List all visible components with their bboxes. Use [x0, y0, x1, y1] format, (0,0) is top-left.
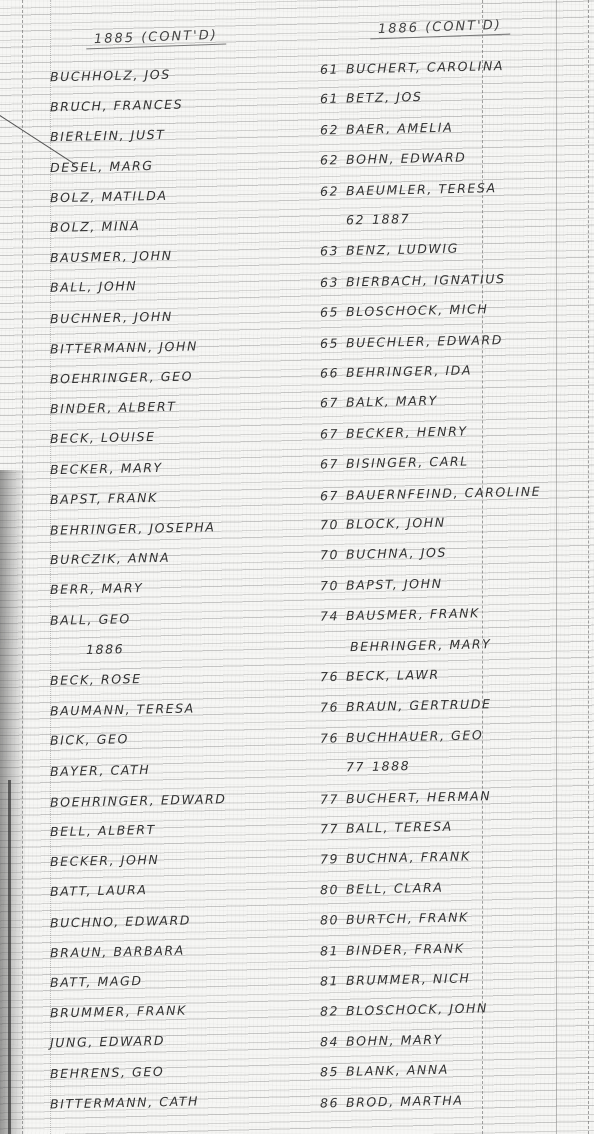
entry-name: BLOSCHOCK, JOHN — [346, 1001, 488, 1019]
entry-name: BUCHNO, EDWARD — [50, 912, 191, 930]
ledger-entry: 76BECK, LAWR — [320, 667, 440, 685]
entry-name: BEHRINGER, IDA — [346, 362, 472, 380]
entry-number: 76 — [320, 669, 346, 685]
entry-number: 81 — [320, 973, 346, 989]
entry-name: BOEHRINGER, GEO — [50, 369, 193, 387]
ledger-entry: BRUCH, FRANCES — [50, 97, 184, 115]
entry-number: 76 — [320, 730, 346, 746]
year-label: 1888 — [372, 758, 411, 774]
ledger-entry: BEHRENS, GEO — [50, 1063, 165, 1080]
ledger-entry: BECKER, MARY — [50, 459, 163, 476]
ledger-entry: 77BUCHERT, HERMAN — [320, 788, 491, 807]
left-column-header: 1885 (CONT'D) — [86, 28, 226, 50]
ledger-entry: BECKER, JOHN — [50, 852, 160, 869]
ledger-entry: 76BUCHHAUER, GEO — [320, 727, 484, 745]
ruled-column-line — [588, 0, 590, 1134]
entry-number: 65 — [320, 304, 346, 320]
entry-name: JUNG, EDWARD — [50, 1033, 165, 1050]
entry-number: 61 — [320, 91, 346, 107]
year-label: 1887 — [372, 211, 411, 227]
ledger-entry: BUCHNER, JOHN — [50, 308, 173, 326]
entry-number: 65 — [320, 335, 346, 351]
entry-name: BIERLEIN, JUST — [50, 127, 166, 144]
entry-number: 81 — [320, 943, 346, 959]
entry-name: BAUSMER, JOHN — [50, 248, 173, 266]
ledger-entry: 76BRAUN, GERTRUDE — [320, 697, 492, 716]
right-column-header: 1886 (CONT'D) — [370, 18, 510, 40]
entry-name: BUCHERT, HERMAN — [346, 788, 492, 806]
ledger-entry: BAPST, FRANK — [50, 490, 158, 507]
ledger-entry: 62BOHN, EDWARD — [320, 150, 467, 168]
ledger-entry: 74BAUSMER, FRANK — [320, 606, 480, 624]
entry-name: BALL, TERESA — [346, 819, 453, 836]
entry-name: BERR, MARY — [50, 580, 144, 597]
ledger-entry: 70BAPST, JOHN — [320, 576, 443, 594]
entry-number: 70 — [320, 578, 346, 594]
entry-name: BATT, MAGD — [50, 973, 143, 990]
entry-name: BOHN, EDWARD — [346, 150, 467, 168]
entry-name: BAPST, JOHN — [346, 576, 443, 593]
ledger-entry: 70BUCHNA, JOS — [320, 545, 447, 563]
ledger-entry: BOLZ, MINA — [50, 218, 141, 235]
entry-name: BETZ, JOS — [346, 89, 423, 106]
entry-name: BICK, GEO — [50, 732, 129, 749]
entry-name: BENZ, LUDWIG — [346, 241, 459, 258]
entry-name: BRUMMER, NICH — [346, 970, 471, 988]
ledger-entry: BEHRINGER, JOSEPHA — [50, 519, 216, 537]
entry-number: 70 — [320, 517, 346, 533]
entry-number: 62 — [346, 212, 372, 228]
entry-name: BAEUMLER, TERESA — [346, 180, 497, 198]
entry-name: BISINGER, CARL — [346, 454, 469, 472]
entry-number: 82 — [320, 1004, 346, 1020]
entry-name: BRAUN, BARBARA — [50, 942, 185, 960]
ledger-entry: 79BUCHNA, FRANK — [320, 849, 471, 867]
entry-name: BUCHHAUER, GEO — [346, 727, 484, 745]
ledger-entry: 70BLOCK, JOHN — [320, 515, 446, 533]
entry-name: BRUMMER, FRANK — [50, 1003, 187, 1021]
entry-name: BATT, LAURA — [50, 882, 148, 899]
ledger-entry: 81BRUMMER, NICH — [320, 970, 471, 988]
ledger-entry: BINDER, ALBERT — [50, 399, 177, 417]
entry-number: 85 — [320, 1064, 346, 1080]
entry-name: BALL, JOHN — [50, 278, 138, 295]
entry-name: BUCHNA, FRANK — [346, 849, 471, 867]
entry-number: 80 — [320, 882, 346, 898]
entry-name: BOLZ, MINA — [50, 218, 141, 235]
entry-name: BUCHNER, JOHN — [50, 308, 173, 326]
entry-name: BOLZ, MATILDA — [50, 188, 168, 205]
entry-name: BELL, CLARA — [346, 880, 444, 897]
ledger-entry: 67BAUERNFEIND, CAROLINE — [320, 483, 541, 503]
entry-name: BELL, ALBERT — [50, 822, 156, 839]
entry-name: BECKER, JOHN — [50, 852, 160, 869]
entry-name: BAUMANN, TERESA — [50, 701, 195, 719]
entry-name: BLANK, ANNA — [346, 1062, 449, 1079]
entry-name: BLOCK, JOHN — [346, 515, 446, 532]
ledger-entry: BECK, ROSE — [50, 671, 142, 688]
entry-number: 67 — [320, 395, 346, 411]
ledger-entry: BATT, MAGD — [50, 973, 143, 990]
entry-name: BEHRINGER, MARY — [350, 636, 492, 654]
ledger-page: 1885 (CONT'D) 1886 (CONT'D) BUCHHOLZ, JO… — [0, 0, 594, 1134]
entry-number: 76 — [320, 700, 346, 716]
entry-number: 66 — [320, 365, 346, 381]
entry-name: BOEHRINGER, EDWARD — [50, 791, 227, 810]
year-label: 1886 — [86, 641, 125, 657]
year-marker: 621887 — [320, 211, 411, 228]
ledger-entry: 82BLOSCHOCK, JOHN — [320, 1001, 488, 1020]
ruled-column-line — [556, 0, 558, 1134]
entry-number: 67 — [320, 456, 346, 472]
ledger-entry: BUCHNO, EDWARD — [50, 912, 191, 930]
entry-name: BITTERMANN, JOHN — [50, 338, 198, 356]
entry-name: BECKER, HENRY — [346, 423, 468, 441]
ledger-entry: 61BETZ, JOS — [320, 89, 423, 106]
entry-number: 62 — [320, 152, 346, 168]
entry-name: BUECHLER, EDWARD — [346, 332, 503, 350]
ledger-entry: 86BROD, MARTHA — [320, 1092, 464, 1110]
entry-name: BEHRINGER, JOSEPHA — [50, 519, 216, 537]
entry-name: BAUERNFEIND, CAROLINE — [346, 483, 541, 502]
entry-number: 63 — [320, 274, 346, 290]
ledger-entry: BAYER, CATH — [50, 762, 151, 779]
entry-name: BROD, MARTHA — [346, 1092, 464, 1109]
entry-number: 84 — [320, 1034, 346, 1050]
entry-name: BINDER, FRANK — [346, 940, 465, 957]
entry-name: BUCHHOLZ, JOS — [50, 67, 171, 85]
entry-number: 63 — [320, 243, 346, 259]
ledger-entry: BUCHHOLZ, JOS — [50, 67, 171, 85]
entry-number: 77 — [320, 821, 346, 837]
ledger-entry: BIERLEIN, JUST — [50, 127, 166, 144]
entry-name: BECK, LOUISE — [50, 429, 156, 446]
entry-name: BALL, GEO — [50, 611, 131, 628]
entry-number: 62 — [320, 183, 346, 199]
ledger-entry: 65BLOSCHOCK, MICH — [320, 301, 489, 320]
year-marker: 1886 — [50, 641, 125, 658]
ledger-entry: BATT, LAURA — [50, 882, 148, 899]
entry-name: BURCZIK, ANNA — [50, 550, 170, 568]
entry-name: BAER, AMELIA — [346, 119, 454, 136]
ledger-entry: BEHRINGER, MARY — [320, 636, 492, 655]
ledger-entry: 80BURTCH, FRANK — [320, 910, 469, 928]
entry-name: BUCHERT, CAROLINA — [346, 58, 504, 76]
ledger-entry: 66BEHRINGER, IDA — [320, 362, 472, 380]
ledger-entry: 84BOHN, MARY — [320, 1032, 443, 1050]
entry-number: 79 — [320, 851, 346, 867]
ledger-entry: 67BISINGER, CARL — [320, 454, 469, 472]
entry-name: BAYER, CATH — [50, 762, 151, 779]
entry-name: BECKER, MARY — [50, 459, 163, 476]
entry-name: DESEL, MARG — [50, 158, 154, 175]
ledger-entry: BALL, GEO — [50, 611, 131, 628]
ledger-entry: 67BECKER, HENRY — [320, 423, 468, 441]
ledger-entry: 81BINDER, FRANK — [320, 940, 465, 958]
ledger-entry: 77BALL, TERESA — [320, 819, 453, 837]
entry-name: BECK, ROSE — [50, 671, 142, 688]
entry-name: BRAUN, GERTRUDE — [346, 697, 492, 715]
ledger-entry: BAUSMER, JOHN — [50, 248, 173, 266]
page-binding-edge — [8, 780, 11, 1134]
ledger-entry: BOLZ, MATILDA — [50, 188, 168, 205]
entry-number: 62 — [320, 122, 346, 138]
entry-number: 77 — [320, 791, 346, 807]
entry-number: 86 — [320, 1095, 346, 1111]
entry-number: 74 — [320, 608, 346, 624]
ledger-entry: BERR, MARY — [50, 580, 144, 597]
entry-name: BOHN, MARY — [346, 1032, 443, 1049]
entry-name: BAUSMER, FRANK — [346, 606, 480, 624]
year-marker: 771888 — [320, 758, 411, 775]
ledger-entry: BOEHRINGER, EDWARD — [50, 791, 227, 810]
entry-number: 80 — [320, 912, 346, 928]
ledger-entry: 62BAER, AMELIA — [320, 119, 454, 137]
ledger-entry: BALL, JOHN — [50, 278, 138, 295]
ledger-entry: JUNG, EDWARD — [50, 1033, 165, 1050]
entry-number: 70 — [320, 547, 346, 563]
entry-name: BEHRENS, GEO — [50, 1063, 165, 1080]
ledger-entry: BAUMANN, TERESA — [50, 701, 195, 719]
ledger-entry: BICK, GEO — [50, 732, 129, 749]
ledger-entry: 62BAEUMLER, TERESA — [320, 180, 497, 199]
entry-name: BRUCH, FRANCES — [50, 97, 184, 115]
ruled-column-line — [482, 0, 484, 1134]
ledger-entry: BURCZIK, ANNA — [50, 550, 170, 568]
ledger-entry: DESEL, MARG — [50, 158, 154, 175]
entry-name: BINDER, ALBERT — [50, 399, 177, 417]
ledger-entry: 67BALK, MARY — [320, 393, 438, 410]
entry-number: 77 — [346, 759, 372, 775]
ledger-entry: BOEHRINGER, GEO — [50, 369, 193, 387]
ledger-entry: BECK, LOUISE — [50, 429, 156, 446]
ledger-entry: 65BUECHLER, EDWARD — [320, 332, 503, 351]
entry-name: BIERBACH, IGNATIUS — [346, 271, 506, 289]
entry-number: 67 — [320, 426, 346, 442]
entry-number: 61 — [320, 61, 346, 77]
ledger-entry: 85BLANK, ANNA — [320, 1062, 449, 1080]
ledger-entry: BRUMMER, FRANK — [50, 1003, 187, 1021]
entry-name: BURTCH, FRANK — [346, 910, 469, 928]
ledger-entry: BITTERMANN, JOHN — [50, 338, 198, 356]
entry-name: BUCHNA, JOS — [346, 545, 447, 562]
entry-name: BLOSCHOCK, MICH — [346, 301, 489, 319]
ledger-entry: 63BIERBACH, IGNATIUS — [320, 271, 506, 290]
ledger-entry: BITTERMANN, CATH — [50, 1093, 199, 1111]
entry-name: BECK, LAWR — [346, 667, 440, 684]
ledger-entry: 61BUCHERT, CAROLINA — [320, 58, 504, 77]
entry-name: BALK, MARY — [346, 393, 438, 410]
entry-name: BITTERMANN, CATH — [50, 1093, 199, 1111]
ledger-entry: BRAUN, BARBARA — [50, 942, 185, 960]
entry-name: BAPST, FRANK — [50, 490, 158, 507]
ledger-entry: BELL, ALBERT — [50, 822, 156, 839]
ledger-entry: 80BELL, CLARA — [320, 880, 444, 898]
ruled-margin-line — [22, 0, 24, 1134]
ledger-entry: 63BENZ, LUDWIG — [320, 241, 459, 259]
entry-number: 67 — [320, 487, 346, 503]
